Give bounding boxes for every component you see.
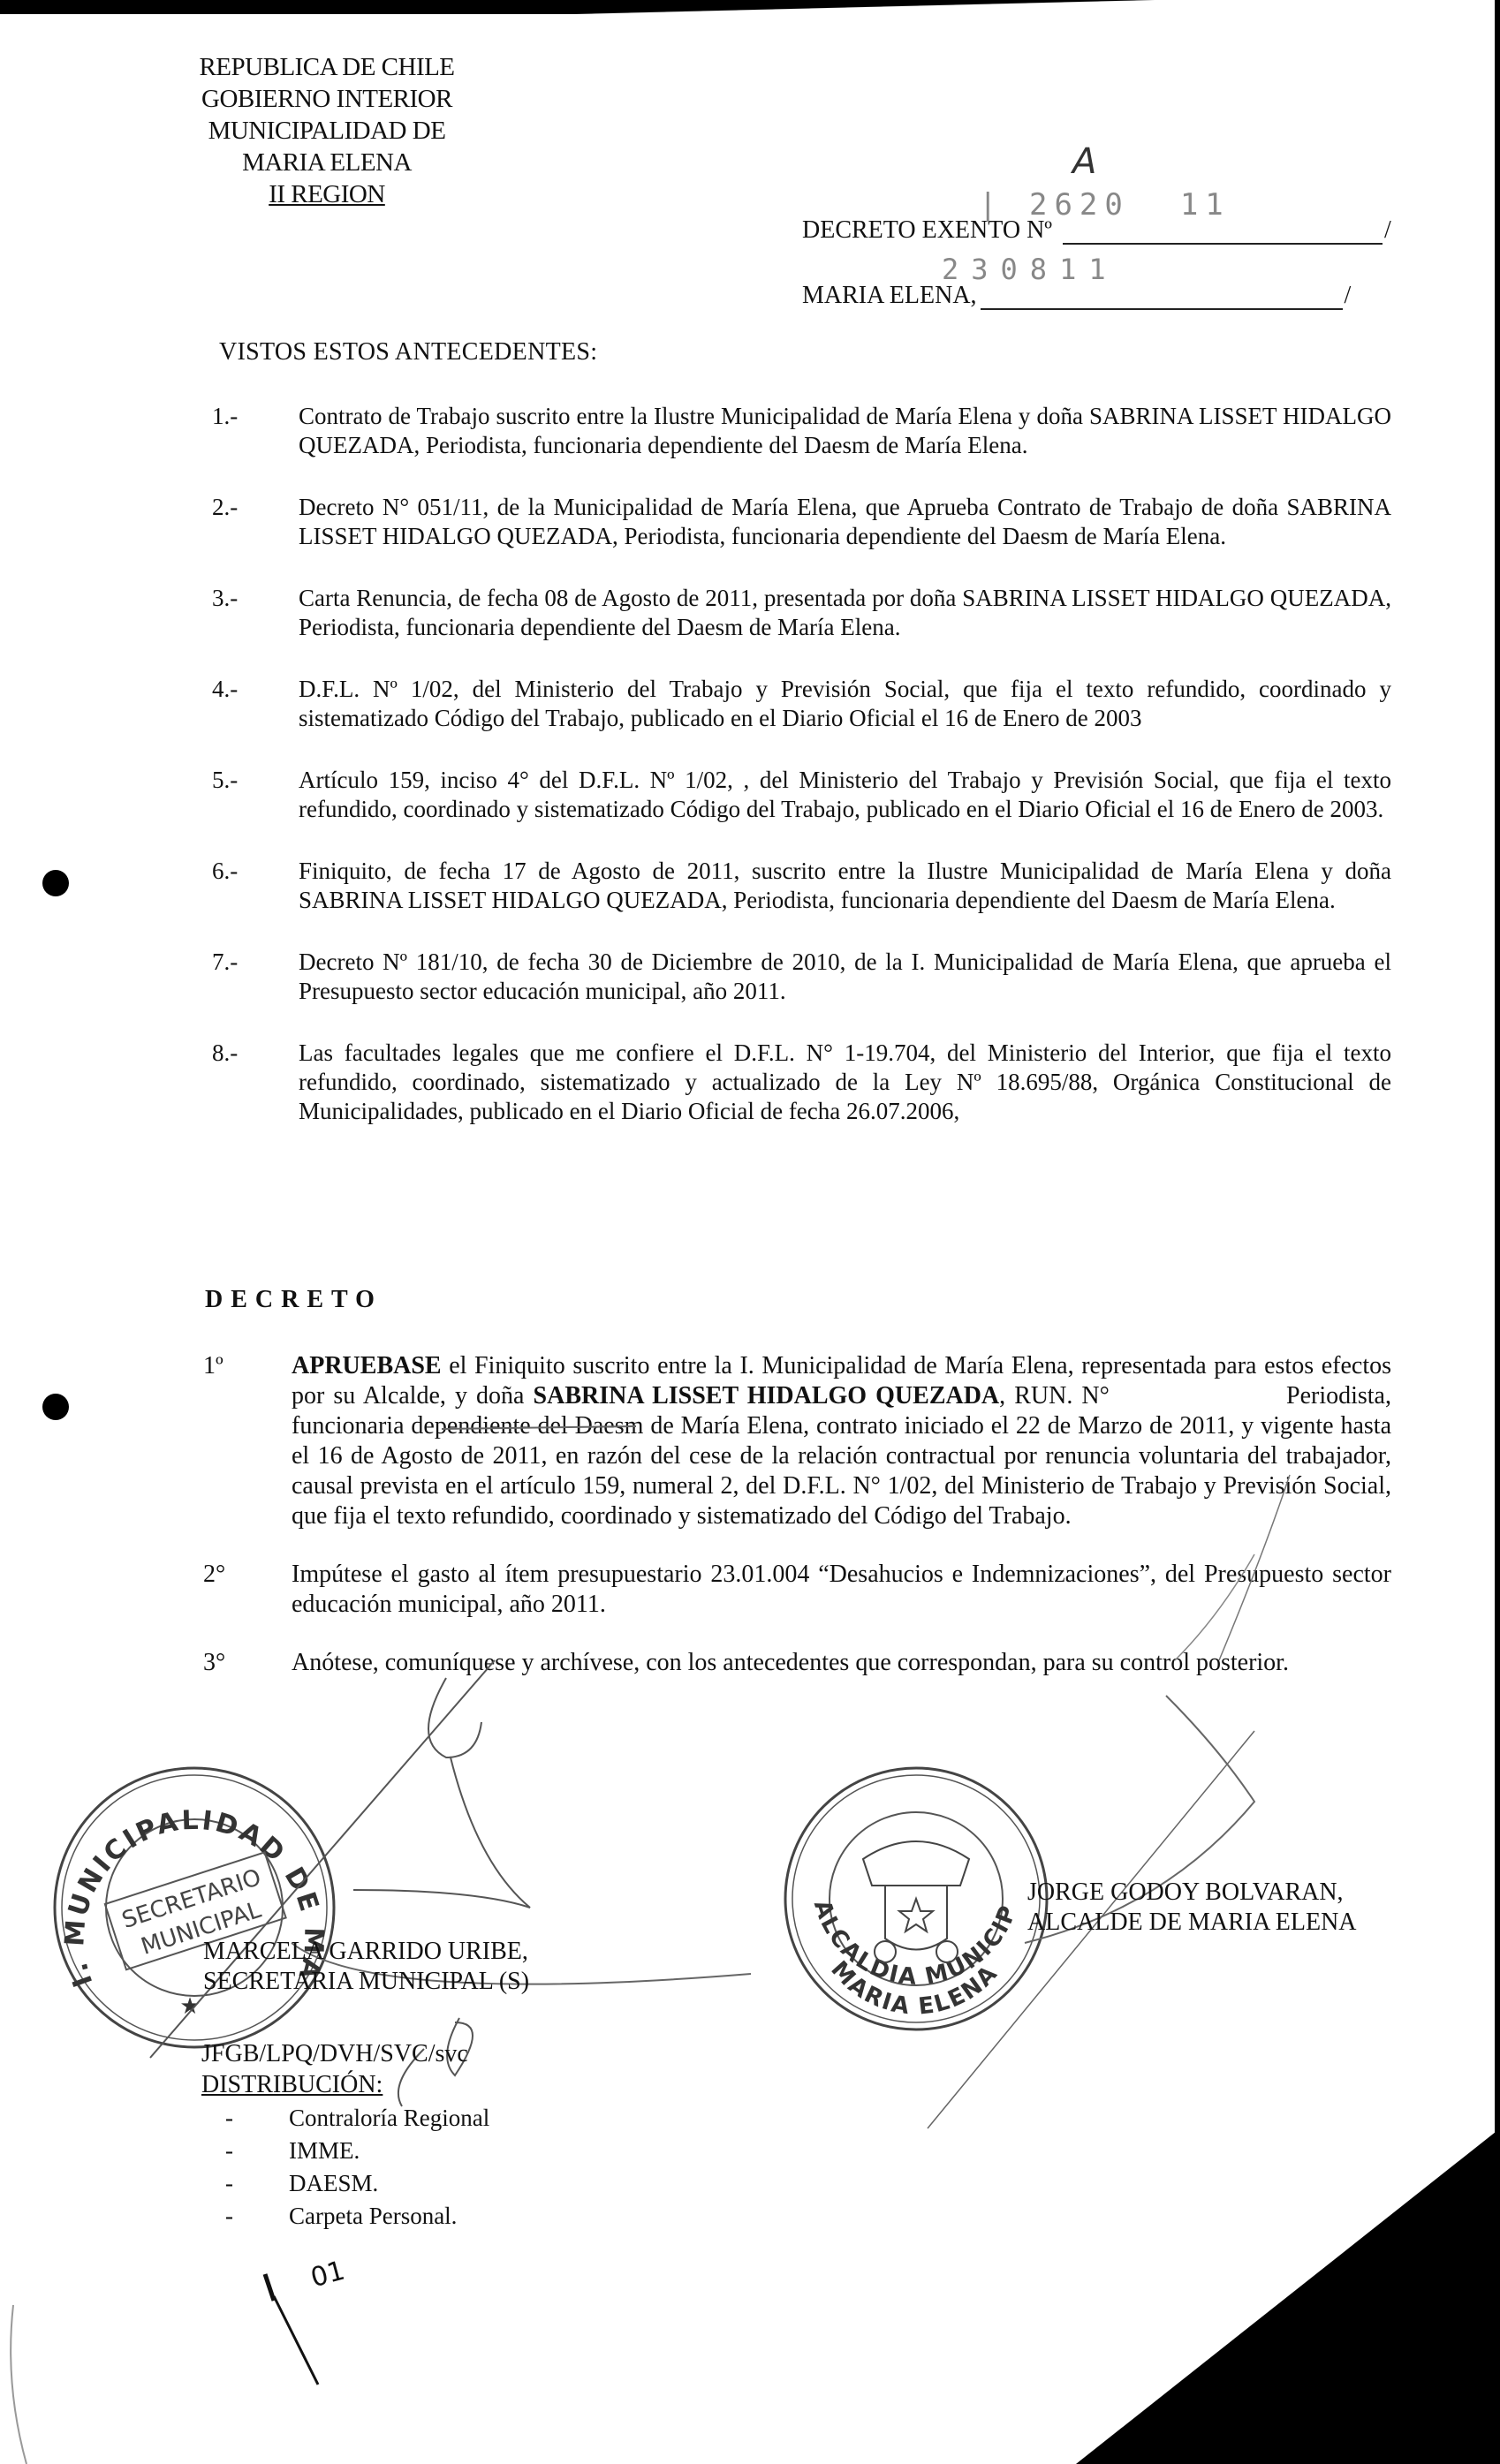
coat-of-arms-icon xyxy=(863,1841,969,1962)
handwritten-mark: A xyxy=(1072,141,1096,182)
mayor-seal: MARIA ELENA ALCALDIA MUNICIPAL xyxy=(779,1762,1053,2036)
antecedentes-list: 1.- Contrato de Trabajo suscrito entre l… xyxy=(212,402,1391,1159)
antecedente-item: 7.- Decreto Nº 181/10, de fecha 30 de Di… xyxy=(212,948,1391,1006)
decree-number-field xyxy=(1063,220,1383,245)
stamped-date: 230811 xyxy=(942,253,1118,286)
letterhead-line: GOBIERNO INTERIOR xyxy=(177,83,477,115)
letterhead-line: MARIA ELENA xyxy=(177,147,477,178)
reference-initials: JFGB/LPQ/DVH/SVC/svc xyxy=(201,2040,468,2068)
resolution-1: 1º APRUEBASE el Finiquito suscrito entre… xyxy=(203,1351,1391,1531)
resolution-2: 2° Impútese el gasto al ítem presupuesta… xyxy=(203,1560,1391,1620)
distribution-item: -IMME. xyxy=(225,2135,489,2167)
punch-hole-top xyxy=(42,870,69,896)
scan-border-right xyxy=(1495,0,1500,2464)
date-field xyxy=(981,285,1343,310)
stamped-decree-number: | 2620 11 xyxy=(979,187,1231,223)
letterhead-line: MUNICIPALIDAD DE xyxy=(177,115,477,147)
secretary-seal: I. MUNICIPALIDAD DE MARIA ELENA SECRETAR… xyxy=(49,1762,340,2053)
secretary-name: MARCELA GARRIDO URIBE, xyxy=(203,1937,529,1967)
distribution-list: -Contraloría Regional -IMME. -DAESM. -Ca… xyxy=(225,2102,489,2233)
letterhead: REPUBLICA DE CHILE GOBIERNO INTERIOR MUN… xyxy=(177,51,477,210)
scan-border-top xyxy=(0,0,1500,14)
vistos-title: VISTOS ESTOS ANTECEDENTES: xyxy=(219,338,597,367)
antecedente-item: 8.- Las facultades legales que me confie… xyxy=(212,1039,1391,1126)
letterhead-region: II REGION xyxy=(177,178,477,210)
resolutions: 1º APRUEBASE el Finiquito suscrito entre… xyxy=(203,1351,1391,1706)
antecedente-item: 5.- Artículo 159, inciso 4° del D.F.L. N… xyxy=(212,766,1391,824)
handwritten-note: 01 xyxy=(307,2256,348,2294)
distribution-title: DISTRIBUCIÓN: xyxy=(201,2071,383,2099)
resolution-3: 3° Anótese, comuníquese y archívese, con… xyxy=(203,1648,1391,1678)
scan-corner-fold xyxy=(1076,2128,1500,2464)
mayor-signature-block: JORGE GODOY BOLVARAN, ALCALDE DE MARIA E… xyxy=(1027,1878,1357,1938)
svg-text:★: ★ xyxy=(179,1993,200,2019)
antecedente-item: 3.- Carta Renuncia, de fecha 08 de Agost… xyxy=(212,584,1391,642)
punch-hole-bottom xyxy=(42,1394,69,1420)
mayor-name: JORGE GODOY BOLVARAN, xyxy=(1027,1878,1357,1908)
distribution-item: -DAESM. xyxy=(225,2167,489,2200)
antecedente-item: 1.- Contrato de Trabajo suscrito entre l… xyxy=(212,402,1391,460)
secretary-signature-block: MARCELA GARRIDO URIBE, SECRETARIA MUNICI… xyxy=(203,1937,529,1997)
antecedente-item: 2.- Decreto N° 051/11, de la Municipalid… xyxy=(212,493,1391,551)
decreto-title: DECRETO xyxy=(205,1286,383,1314)
antecedente-item: 6.- Finiquito, de fecha 17 de Agosto de … xyxy=(212,857,1391,915)
distribution-item: -Carpeta Personal. xyxy=(225,2200,489,2233)
distribution-item: -Contraloría Regional xyxy=(225,2102,489,2135)
secretary-title: SECRETARIA MUNICIPAL (S) xyxy=(203,1967,529,1997)
antecedente-item: 4.- D.F.L. Nº 1/02, del Ministerio del T… xyxy=(212,675,1391,733)
mayor-title: ALCALDE DE MARIA ELENA xyxy=(1027,1908,1357,1938)
letterhead-line: REPUBLICA DE CHILE xyxy=(177,51,477,83)
